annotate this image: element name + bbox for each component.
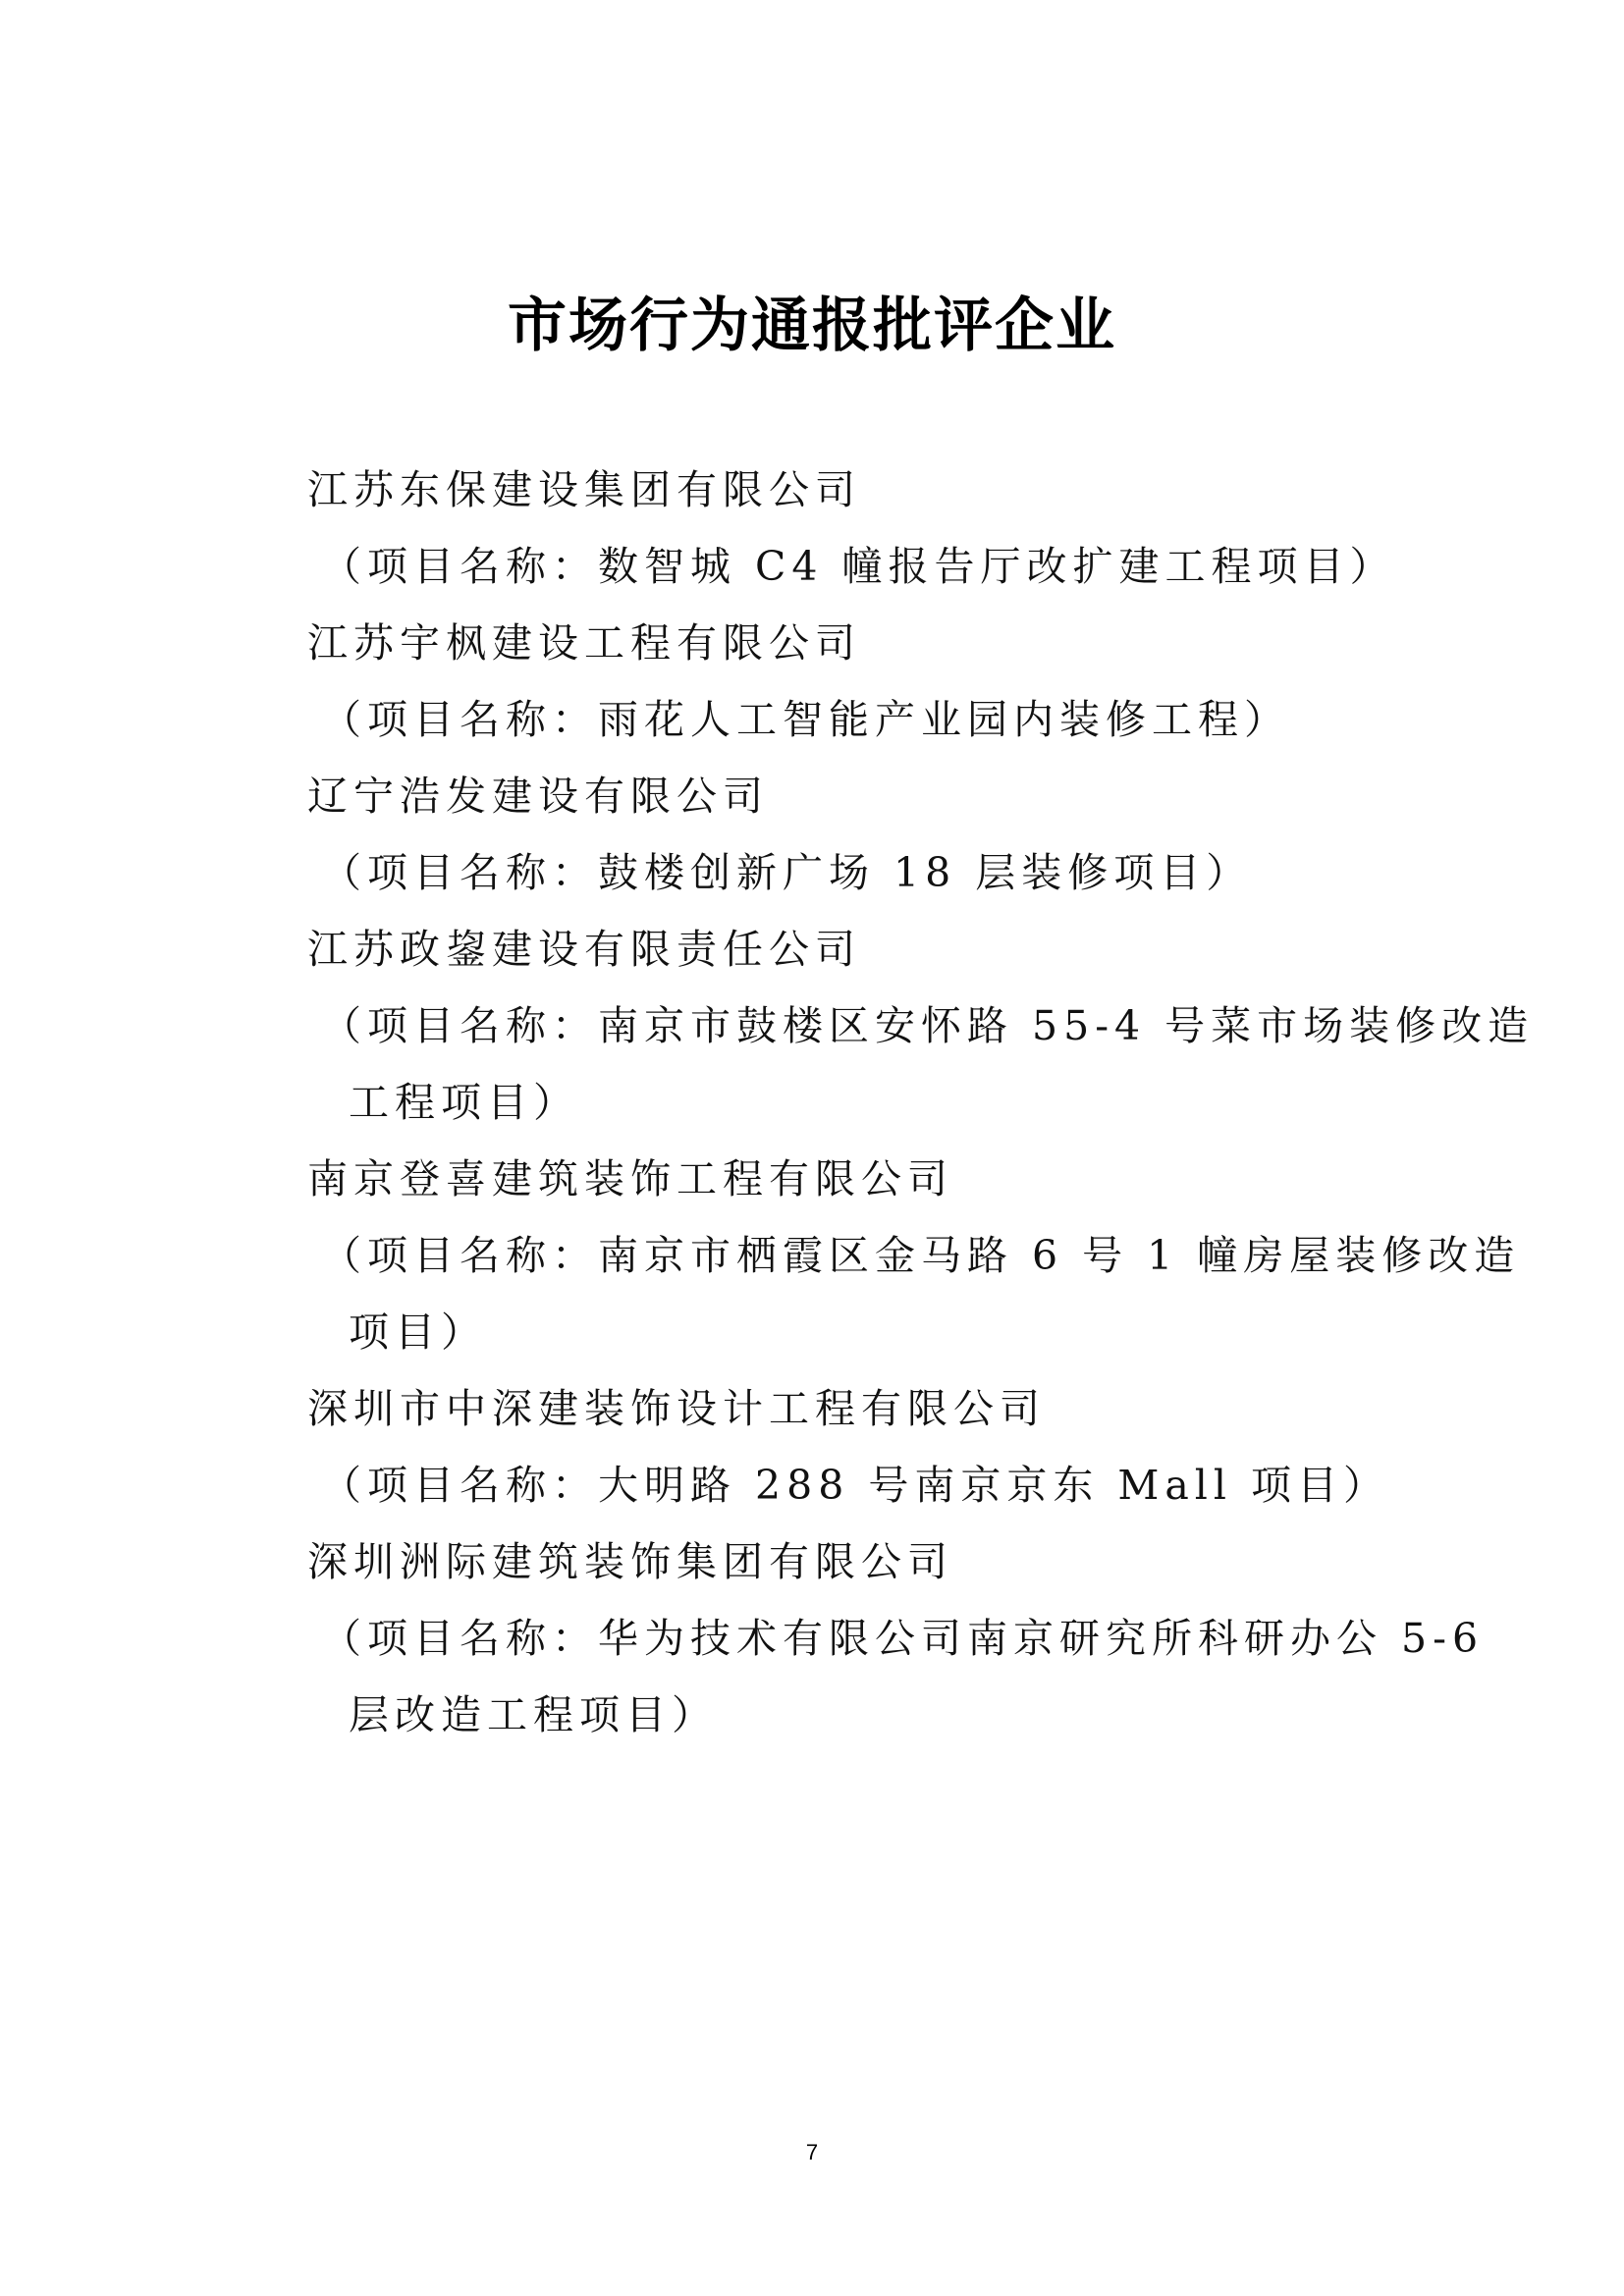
project-name: （项目名称：雨花人工智能产业园内装修工程） — [321, 681, 1427, 758]
project-name: （项目名称：南京市鼓楼区安怀路 55-4 号菜市场装修改造 — [321, 988, 1427, 1064]
project-name-continuation: 项目） — [349, 1294, 1427, 1370]
project-name: （项目名称：数智城 C4 幢报告厅改扩建工程项目） — [321, 528, 1427, 605]
project-name: （项目名称：鼓楼创新广场 18 层装修项目） — [321, 834, 1427, 911]
project-name-continuation: 工程项目） — [349, 1064, 1427, 1141]
company-name: 辽宁浩发建设有限公司 — [307, 758, 1427, 834]
company-name: 江苏宇枫建设工程有限公司 — [307, 605, 1427, 681]
project-name: （项目名称：大明路 288 号南京京东 Mall 项目） — [321, 1447, 1427, 1523]
company-name: 南京登喜建筑装饰工程有限公司 — [307, 1141, 1427, 1217]
company-name: 江苏政鋆建设有限责任公司 — [307, 911, 1427, 988]
project-name-continuation: 层改造工程项目） — [349, 1677, 1427, 1753]
company-name: 江苏东保建设集团有限公司 — [307, 452, 1427, 528]
project-name: （项目名称：华为技术有限公司南京研究所科研办公 5-6 — [321, 1600, 1427, 1677]
page-title: 市场行为通报批评企业 — [0, 287, 1624, 365]
project-name: （项目名称：南京市栖霞区金马路 6 号 1 幢房屋装修改造 — [321, 1217, 1427, 1294]
company-name: 深圳洲际建筑装饰集团有限公司 — [307, 1523, 1427, 1600]
company-list: 江苏东保建设集团有限公司 （项目名称：数智城 C4 幢报告厅改扩建工程项目） 江… — [307, 452, 1427, 1753]
company-name: 深圳市中深建装饰设计工程有限公司 — [307, 1370, 1427, 1447]
document-page: 市场行为通报批评企业 江苏东保建设集团有限公司 （项目名称：数智城 C4 幢报告… — [0, 0, 1624, 2296]
page-number: 7 — [0, 2138, 1624, 2167]
